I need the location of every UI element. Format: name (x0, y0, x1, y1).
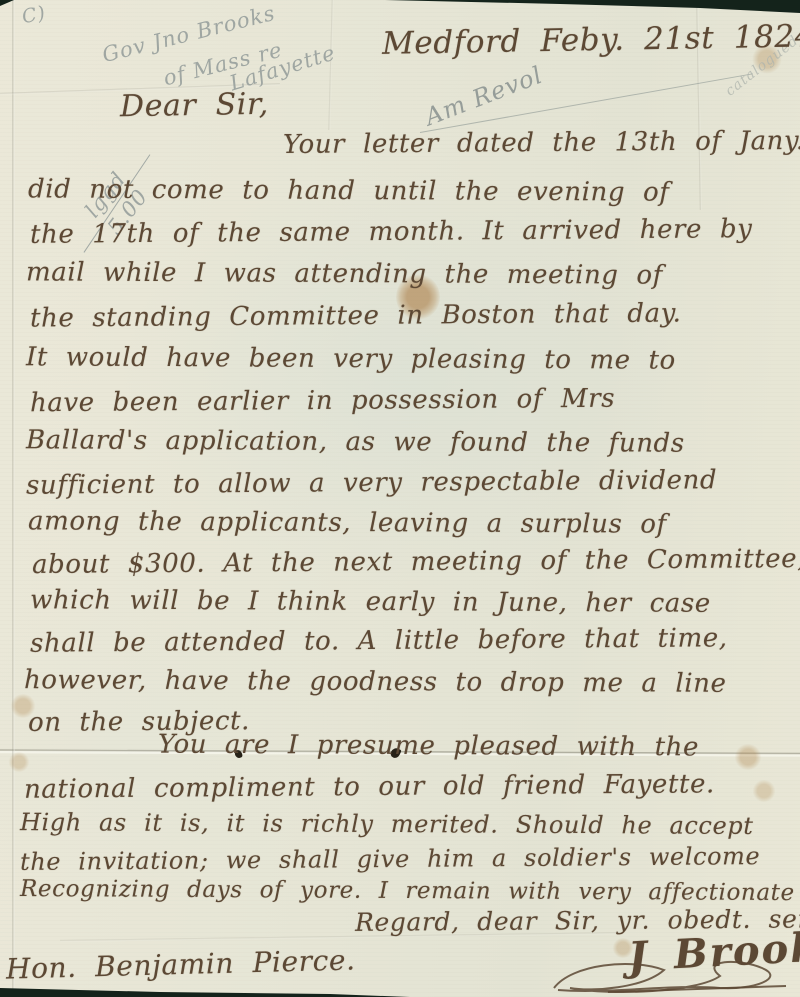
letter-line: Your letter dated the 13th of Jany. (283, 126, 800, 160)
letter-line: shall be attended to. A little before th… (30, 623, 728, 658)
letter-paper-sheet: C) lggd 5.00 Gov Jno Brooks of Mass re L… (0, 0, 800, 997)
scanned-letter-canvas: C) lggd 5.00 Gov Jno Brooks of Mass re L… (0, 0, 800, 997)
letter-line: the standing Committee in Boston that da… (30, 298, 682, 333)
signature-flourish (548, 952, 796, 996)
letter-line: the 17th of the same month. It arrived h… (30, 214, 753, 250)
letter-line: mail while I was attending the meeting o… (26, 257, 663, 290)
letter-line: national compliment to our old friend Fa… (24, 769, 715, 804)
letter-line: which will be I think early in June, her… (30, 585, 711, 619)
letter-line: Recognizing days of yore. I remain with … (20, 876, 795, 906)
foxing-spot (752, 780, 776, 802)
letter-line: among the applicants, leaving a surplus … (28, 506, 667, 539)
letter-line: did not come to hand until the evening o… (28, 174, 670, 207)
addressee-name: Hon. Benjamin Pierce. (6, 943, 356, 985)
letter-line: You are I presume pleased with the (158, 730, 699, 763)
letter-line: about $300. At the next meeting of the C… (32, 544, 800, 580)
letter-line: Ballard's application, as we found the f… (26, 425, 685, 458)
letter-line: however, have the goodness to drop me a … (24, 665, 727, 699)
foxing-spot (8, 752, 30, 772)
salutation: Dear Sir, (120, 87, 269, 125)
letter-line: It would have been very pleasing to me t… (26, 342, 676, 375)
letter-line: have been earlier in possession of Mrs (30, 384, 615, 419)
dateline: Medford Feby. 21st 1824. (382, 18, 800, 62)
letter-line: the invitation; we shall give him a sold… (20, 842, 760, 876)
letter-line: sufficient to allow a very respectable d… (26, 465, 717, 500)
letter-line: High as it is, it is richly merited. Sho… (20, 808, 754, 840)
pencil-corner-mark: C) (20, 2, 48, 28)
foxing-spot (734, 744, 762, 770)
left-vertical-fold-crease (12, 0, 15, 997)
